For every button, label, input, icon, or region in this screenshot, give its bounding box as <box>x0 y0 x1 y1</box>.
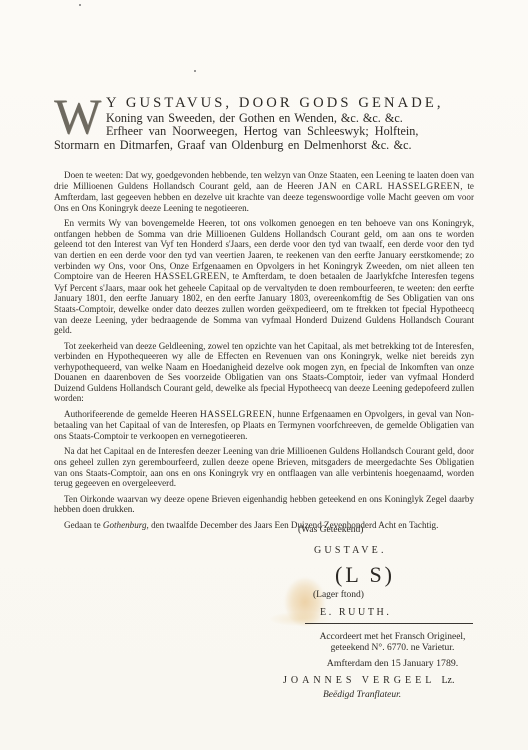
paragraph-text: en <box>337 181 355 191</box>
decree-body: Doen te weeten: Dat wy, goedgevonden heb… <box>54 170 474 535</box>
paragraph-text: Ten Oirkonde waarvan wy deeze opene Brie… <box>54 494 474 515</box>
translator-title: Beëdigd Tranflateur. <box>323 690 401 700</box>
document-page: W Y GUSTAVUS, DOOR GODS GENADE, Koning v… <box>0 0 528 750</box>
translator-name: JOANNES VERGEEL Lz. <box>283 675 455 686</box>
paper-speck <box>194 70 196 72</box>
proper-name: HASSELGREEN <box>200 409 273 420</box>
decree-paragraph: Authorifeerende de gemelde Heeren HASSEL… <box>54 409 474 442</box>
proper-name: JAN <box>318 181 337 192</box>
seal-mark: (L S) <box>335 562 395 588</box>
title-line-2: Koning van Sweeden, der Gothen en Wenden… <box>106 111 403 125</box>
translator-suffix: Lz. <box>441 675 454 686</box>
paragraph-text: Na dat het Capitaal en de Interesfen dee… <box>54 446 474 488</box>
signed-note: (Was Geteekend) <box>298 525 363 535</box>
decree-paragraph: Tot zeekerheid van deeze Geldleening, zo… <box>54 341 474 405</box>
lower-note: (Lager ftond) <box>313 590 364 600</box>
king-signature: GUSTAVE. <box>314 545 387 556</box>
title-line-1: Y GUSTAVUS, DOOR GODS GENADE, <box>106 96 444 110</box>
decree-paragraph: Gedaan te Gothenburg, den twaalfde Decem… <box>54 520 474 531</box>
drop-cap: W <box>54 94 98 138</box>
place-name: Gothenburg <box>103 520 147 530</box>
decree-paragraph: En vermits Wy van bovengemelde Heeren, t… <box>54 218 474 336</box>
separator-rule <box>305 623 473 624</box>
decree-paragraph: Doen te weeten: Dat wy, goedgevonden heb… <box>54 170 474 213</box>
proper-name: CARL HASSELGREEN <box>355 181 460 192</box>
title-line-4: Stormarn en Ditmarfen, Graaf van Oldenbu… <box>54 138 412 152</box>
decree-paragraph: Ten Oirkonde waarvan wy deeze opene Brie… <box>54 494 474 515</box>
paragraph-text: Gedaan te <box>64 520 103 530</box>
decree-paragraph: Na dat het Capitaal en de Interesfen dee… <box>54 446 474 488</box>
paper-speck <box>79 4 81 6</box>
paragraph-text: Tot zeekerheid van deeze Geldleening, zo… <box>54 341 474 404</box>
countersignature: E. RUUTH. <box>320 607 391 618</box>
paragraph-text: Authorifeerende de gemelde Heeren <box>64 409 200 419</box>
translator-name-text: JOANNES VERGEEL <box>283 675 435 686</box>
proper-name: HASSELGREEN <box>154 271 227 282</box>
title-line-3: Erfheer van Noorweegen, Hertog van Schle… <box>106 124 418 138</box>
paragraph-text: , den twaalfde December des Jaars Een Du… <box>147 520 439 530</box>
certification-line-2: geteekend N°. 6770. ne Varietur. <box>305 643 480 654</box>
certification-line-1: Accordeert met het Fransch Origineel, <box>305 632 480 643</box>
certification-date: Amfterdam den 15 January 1789. <box>310 658 475 669</box>
